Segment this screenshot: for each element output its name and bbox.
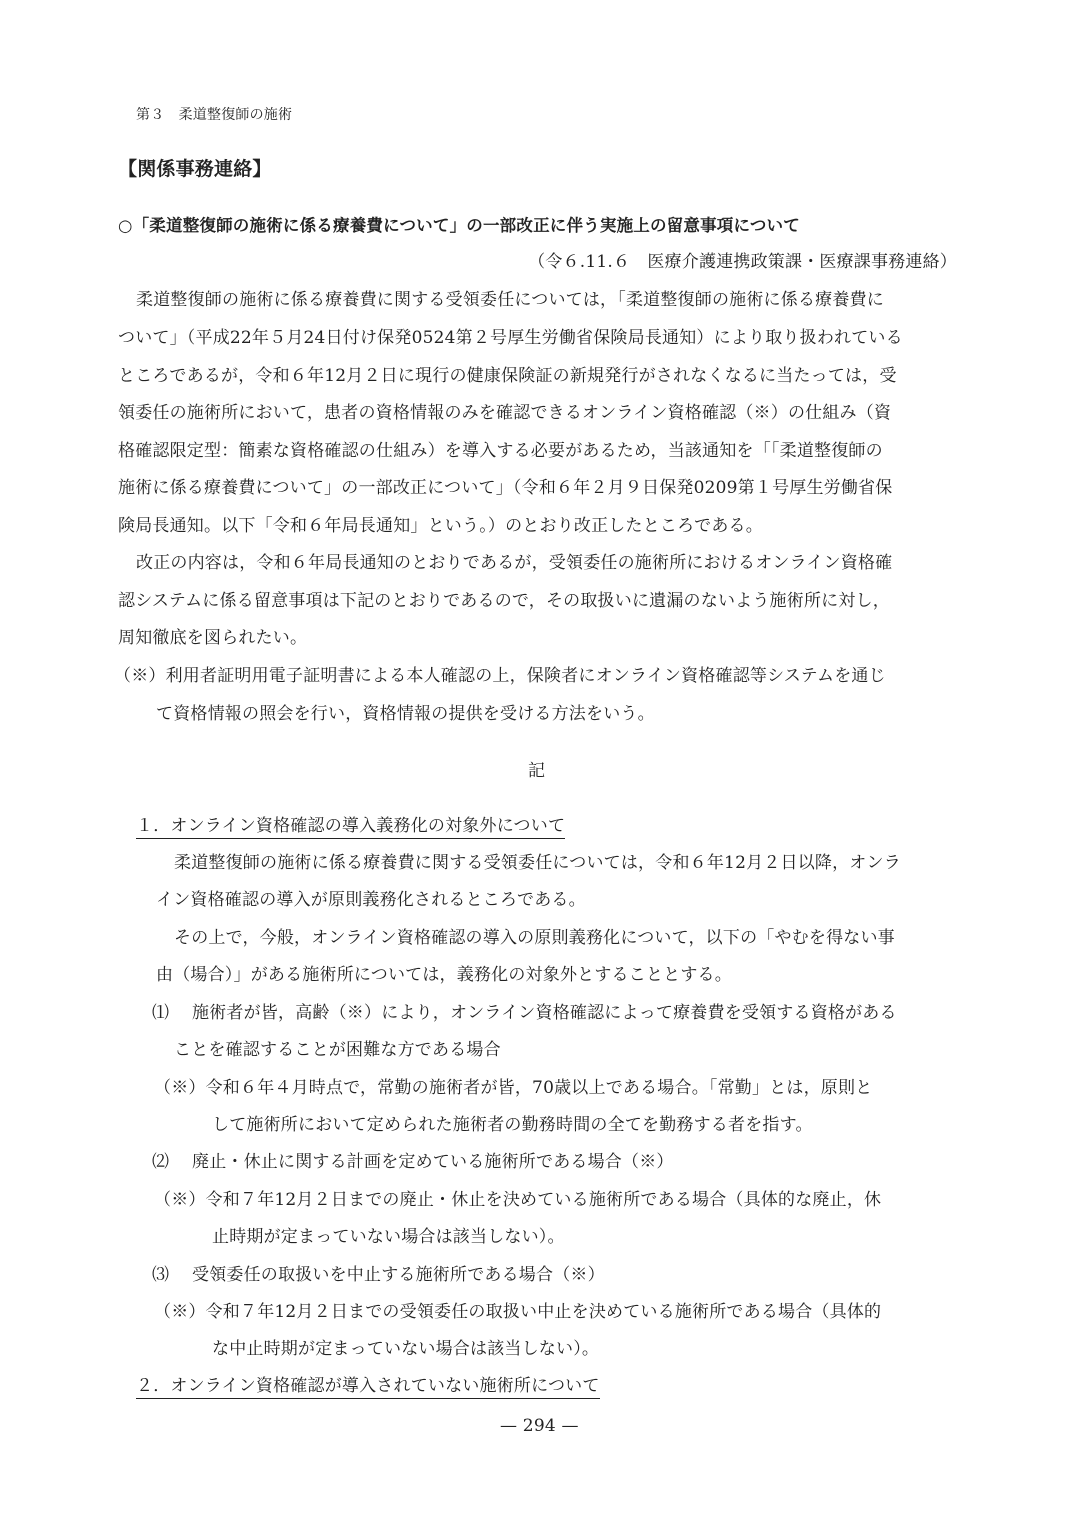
section-1-heading: １．オンライン資格確認の導入義務化の対象外について: [136, 815, 565, 839]
chapter-header: 第３ 柔道整復師の施術: [136, 104, 292, 126]
notice-title: ○「柔道整復師の施術に係る療養費について」の一部改正に伴う実施上の留意事項につい…: [118, 215, 800, 237]
item-number: ⑴: [152, 1002, 169, 1024]
ki-marker: 記: [528, 760, 545, 782]
item-note: （※）令和６年４月時点で，常勤の施術者が皆，70歳以上である場合。「常勤」とは，…: [154, 1077, 872, 1099]
item-number: ⑵: [152, 1151, 169, 1173]
notice-source: （令６.11.６ 医療介護連携政策課・医療課事務連絡）: [528, 251, 957, 273]
item-note: （※）令和７年12月２日までの受領委任の取扱い中止を決めている施術所である場合（…: [154, 1301, 881, 1323]
section-2-heading: ２．オンライン資格確認が導入されていない施術所について: [136, 1375, 600, 1399]
item-note: （※）令和７年12月２日までの廃止・休止を決めている施術所である場合（具体的な廃…: [154, 1189, 881, 1211]
section-heading: 【関係事務連絡】: [118, 158, 272, 180]
item-number: ⑶: [152, 1264, 169, 1286]
page-number: — 294 —: [500, 1415, 579, 1437]
